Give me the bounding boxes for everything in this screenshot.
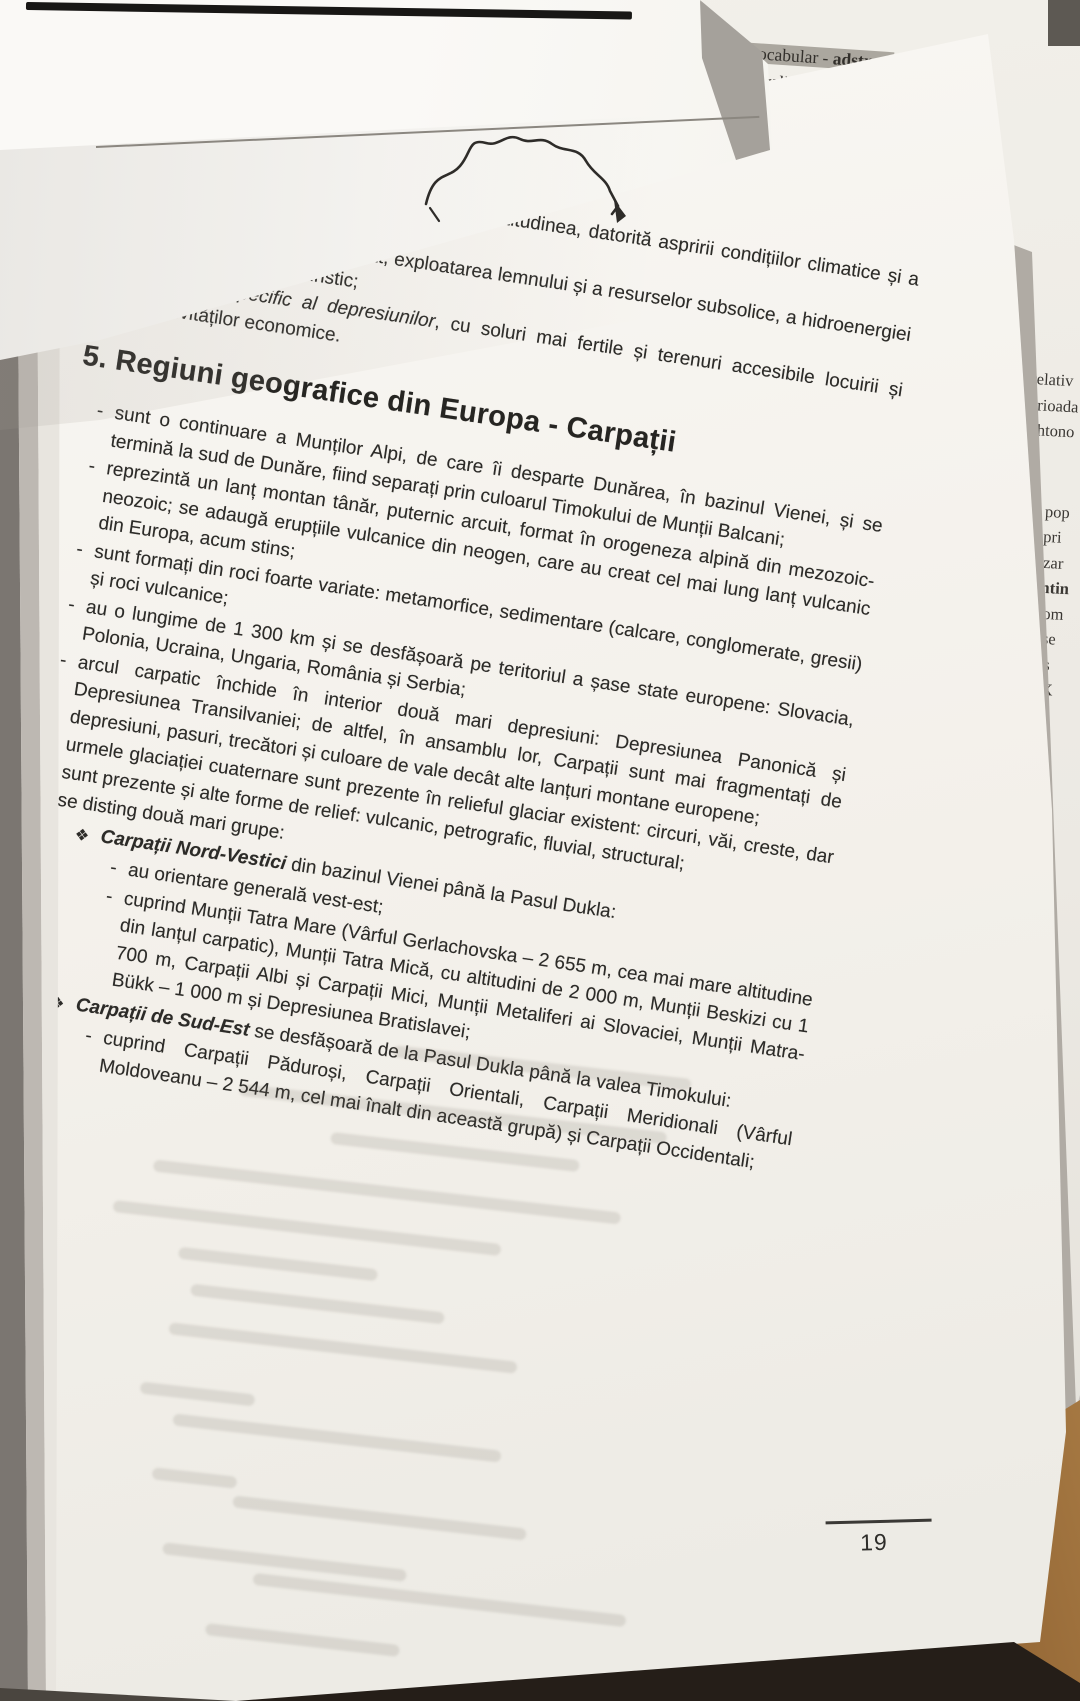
edge-fragment: relativ xyxy=(1031,366,1080,395)
main-list: - sunt o continuare a Munților Alpi, de … xyxy=(0,397,884,1181)
document-photo: 0% din vocabular - adstrat). Restul oca … xyxy=(0,0,1080,1701)
pen-scribble xyxy=(408,88,658,228)
paper-edge-shadow xyxy=(1048,0,1080,46)
page-footer: 19 xyxy=(826,1519,933,1557)
page-number: 19 xyxy=(860,1527,933,1556)
